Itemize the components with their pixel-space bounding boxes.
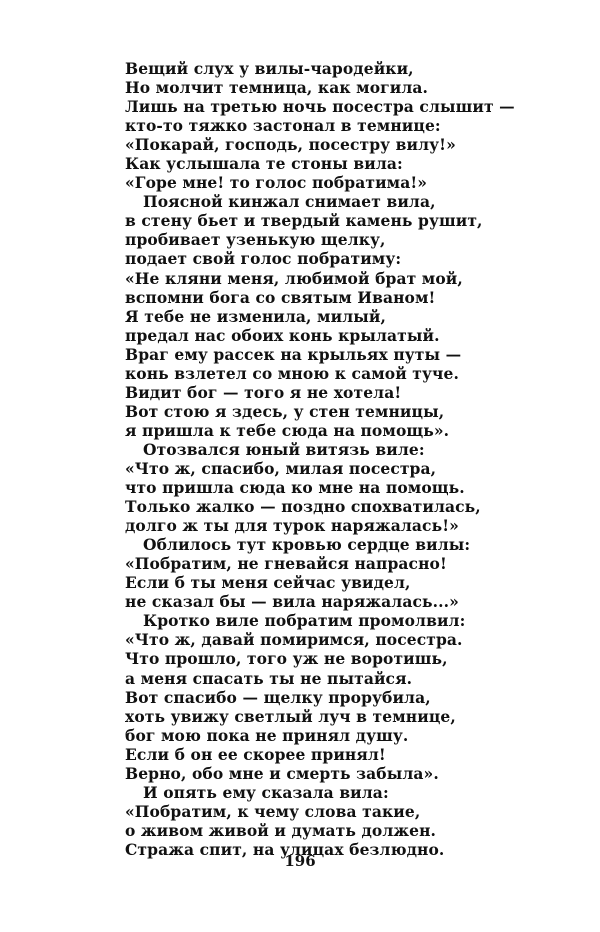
poem-line: «Что ж, давай помиримся, посестра. xyxy=(125,630,445,649)
poem-line: «Что ж, спасибо, милая посестра, xyxy=(125,459,445,478)
poem-line: бог мою пока не принял душу. xyxy=(125,726,445,745)
poem-line: пробивает узенькую щелку, xyxy=(125,230,445,249)
book-page: Вещий слух у вилы-чародейки,Но молчит те… xyxy=(0,0,600,932)
poem-line: «Не кляни меня, любимой брат мой, xyxy=(125,269,445,288)
poem-line-stanza-start: Облилось тут кровью сердце вилы: xyxy=(125,535,445,554)
poem-line: конь взлетел со мною к самой туче. xyxy=(125,364,445,383)
poem-line: подает свой голос побратиму: xyxy=(125,249,445,268)
poem-line: Видит бог — того я не хотела! xyxy=(125,383,445,402)
poem-line: Как услышала те стоны вила: xyxy=(125,154,445,173)
poem-line: а меня спасать ты не пытайся. xyxy=(125,669,445,688)
poem-line: Вот стою я здесь, у стен темницы, xyxy=(125,402,445,421)
poem-line-stanza-start: Кротко виле побратим промолвил: xyxy=(125,611,445,630)
poem-line: предал нас обоих конь крылатый. xyxy=(125,326,445,345)
poem-line: долго ж ты для турок наряжалась!» xyxy=(125,516,445,535)
poem-line: «Побратим, к чему слова такие, xyxy=(125,802,445,821)
poem-line-stanza-start: Отозвался юный витязь виле: xyxy=(125,440,445,459)
poem-text-block: Вещий слух у вилы-чародейки,Но молчит те… xyxy=(125,59,445,859)
poem-line: Вещий слух у вилы-чародейки, xyxy=(125,59,445,78)
poem-line: кто-то тяжко застонал в темнице: xyxy=(125,116,445,135)
poem-line: Что прошло, того уж не воротишь, xyxy=(125,649,445,668)
poem-line: Верно, обо мне и смерть забыла». xyxy=(125,764,445,783)
poem-line: Я тебе не изменила, милый, xyxy=(125,307,445,326)
poem-line: о живом живой и думать должен. xyxy=(125,821,445,840)
poem-line-stanza-start: И опять ему сказала вила: xyxy=(125,783,445,802)
poem-line: «Побратим, не гневайся напрасно! xyxy=(125,554,445,573)
poem-line: я пришла к тебе сюда на помощь». xyxy=(125,421,445,440)
poem-line: Враг ему рассек на крыльях путы — xyxy=(125,345,445,364)
poem-line: не сказал бы — вила наряжалась...» xyxy=(125,592,445,611)
poem-line: хоть увижу светлый луч в темнице, xyxy=(125,707,445,726)
poem-line-stanza-start: Поясной кинжал снимает вила, xyxy=(125,192,445,211)
poem-line: Лишь на третью ночь посестра слышит — xyxy=(125,97,445,116)
poem-line: Если б ты меня сейчас увидел, xyxy=(125,573,445,592)
poem-line: Вот спасибо — щелку прорубила, xyxy=(125,688,445,707)
page-number: 196 xyxy=(0,852,600,870)
poem-line: «Горе мне! то голос побратима!» xyxy=(125,173,445,192)
poem-line: Но молчит темница, как могила. xyxy=(125,78,445,97)
poem-line: Если б он ее скорее принял! xyxy=(125,745,445,764)
poem-line: «Покарай, господь, посестру вилу!» xyxy=(125,135,445,154)
poem-line: вспомни бога со святым Иваном! xyxy=(125,288,445,307)
poem-line: что пришла сюда ко мне на помощь. xyxy=(125,478,445,497)
poem-line: Только жалко — поздно спохватилась, xyxy=(125,497,445,516)
poem-line: в стену бьет и твердый камень рушит, xyxy=(125,211,445,230)
